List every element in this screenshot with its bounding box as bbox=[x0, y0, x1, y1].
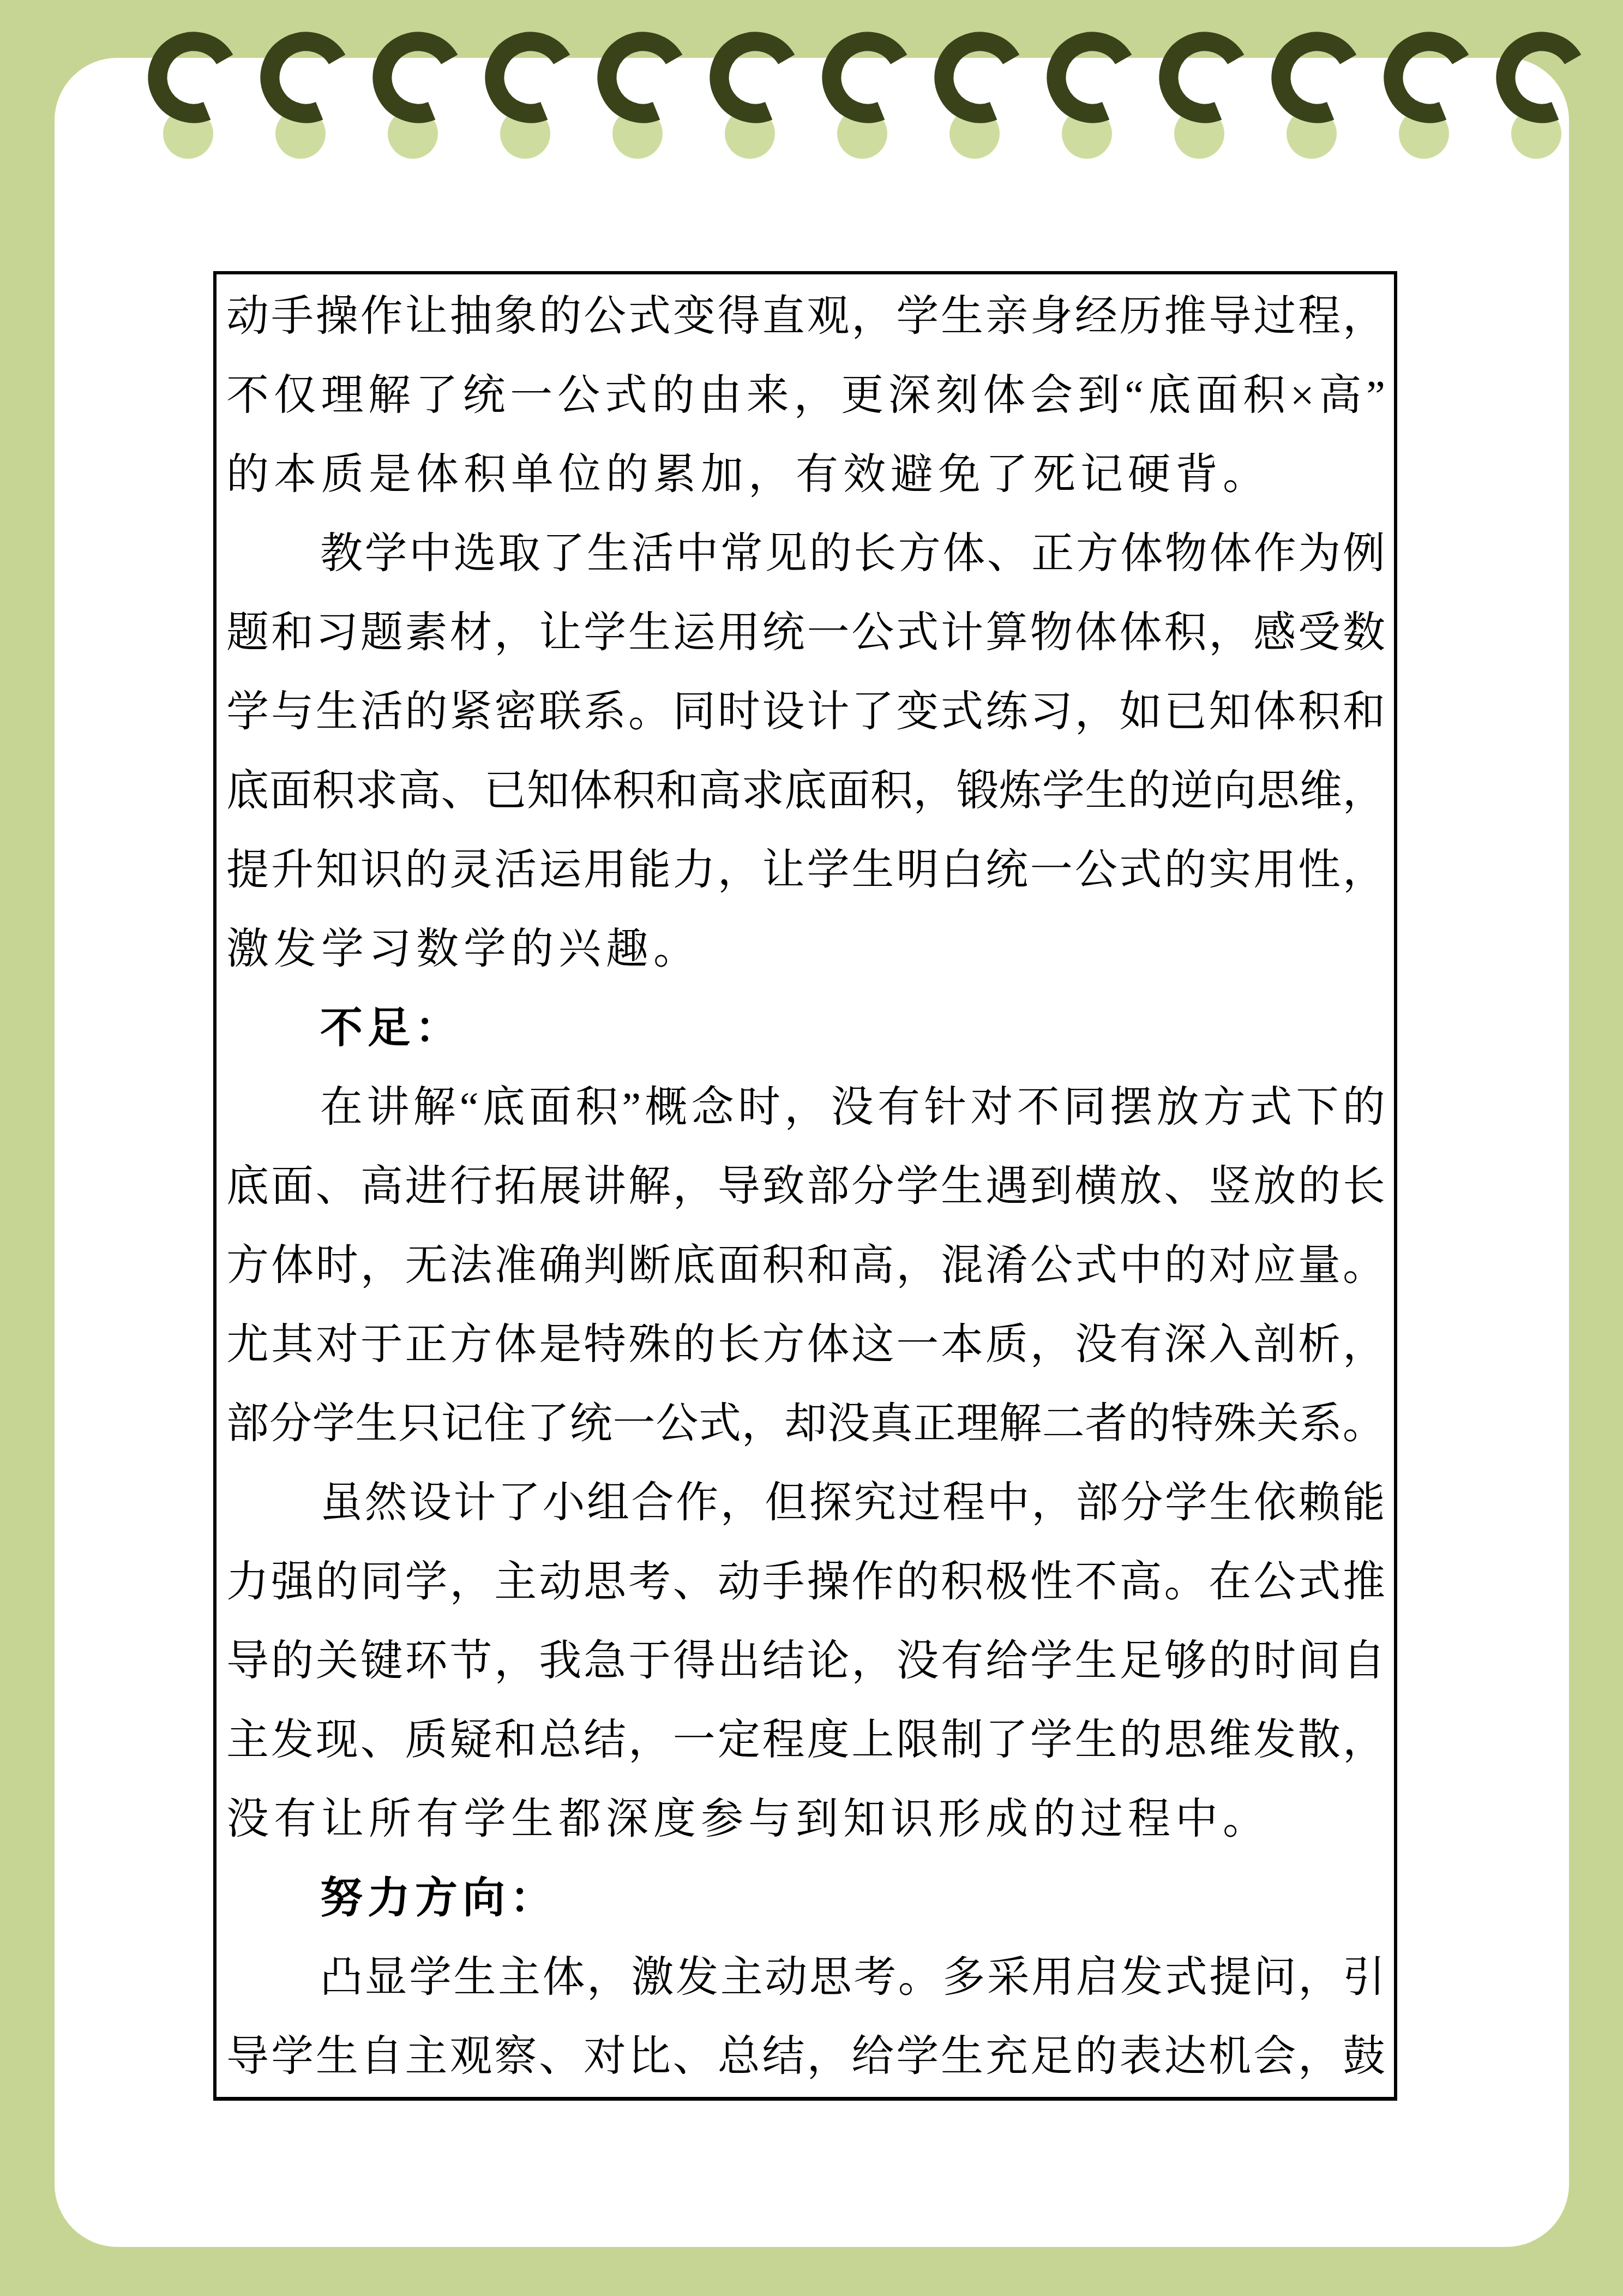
text-char: 的 bbox=[1164, 830, 1206, 909]
text-char: 结 bbox=[762, 2017, 805, 2096]
text-char: 解 bbox=[628, 1147, 671, 1226]
text-char: 正 bbox=[405, 1305, 448, 1384]
text-char: 判 bbox=[584, 1226, 626, 1305]
text-char: 理 bbox=[321, 356, 363, 435]
text-char: 密 bbox=[494, 672, 537, 751]
text-char: 推 bbox=[1164, 277, 1206, 356]
text-char: 底 bbox=[673, 1226, 716, 1305]
text-char: 部 bbox=[1076, 1463, 1119, 1542]
ring-wire bbox=[1393, 41, 1460, 113]
text-char: 摆 bbox=[1110, 1068, 1152, 1147]
ring-wire bbox=[832, 41, 899, 113]
text-char: 、 bbox=[673, 2017, 716, 2096]
text-char: 长 bbox=[718, 1305, 760, 1384]
text-char: 运 bbox=[539, 830, 581, 909]
text-char: 用 bbox=[718, 593, 760, 672]
text-char: 中 bbox=[676, 514, 718, 593]
text-char: ， bbox=[1343, 1700, 1385, 1779]
text-char: 更 bbox=[841, 356, 883, 435]
text-char: 自 bbox=[360, 2017, 403, 2096]
text-char: 材 bbox=[449, 593, 492, 672]
text-char: 的 bbox=[652, 356, 694, 435]
text-char: 现 bbox=[316, 1700, 358, 1779]
ring-wire bbox=[495, 41, 562, 113]
text-char: ， bbox=[1343, 277, 1385, 356]
text-char: 者 bbox=[1085, 1384, 1127, 1463]
text-char: 给 bbox=[851, 2017, 894, 2096]
text-char: 性 bbox=[1030, 1542, 1073, 1621]
text-char: 达 bbox=[1164, 2017, 1206, 2096]
text-char: ， bbox=[1343, 830, 1385, 909]
text-char: 体 bbox=[1075, 593, 1117, 672]
text-char: 感 bbox=[1253, 593, 1296, 672]
text-line: 提升知识的灵活运用能力，让学生明白统一公式的实用性， bbox=[226, 830, 1385, 909]
text-char: 没 bbox=[896, 1621, 939, 1700]
text-char: 体 bbox=[1253, 672, 1296, 751]
text-char: 赖 bbox=[1298, 1463, 1341, 1542]
text-char: 关 bbox=[316, 1621, 358, 1700]
text-char: 入 bbox=[1209, 1305, 1251, 1384]
text-char: 主 bbox=[494, 1542, 537, 1621]
text-char: 殊 bbox=[628, 1305, 671, 1384]
text-char: ， bbox=[494, 593, 537, 672]
text-char: 确 bbox=[539, 1226, 581, 1305]
text-char: 的 bbox=[809, 514, 852, 593]
text-char: 主 bbox=[405, 2017, 448, 2096]
text-char: 明 bbox=[896, 830, 939, 909]
text-char: 到 bbox=[1078, 356, 1120, 435]
text-char: 下 bbox=[1296, 1068, 1338, 1147]
text-char: 知 bbox=[316, 830, 358, 909]
text-char: 生 bbox=[1075, 1700, 1117, 1779]
text-char: 有 bbox=[941, 1621, 983, 1700]
text-char: 式 bbox=[1249, 1068, 1292, 1147]
ring-wire bbox=[270, 41, 337, 113]
text-char: 。 bbox=[628, 672, 671, 751]
text-char: 一 bbox=[807, 593, 849, 672]
text-char: 和 bbox=[494, 1700, 537, 1779]
text-char: 亲 bbox=[985, 277, 1028, 356]
text-char: 限 bbox=[896, 1700, 939, 1779]
text-char: 逆 bbox=[1171, 751, 1213, 830]
text-char: 让 bbox=[405, 277, 448, 356]
text-char: 法 bbox=[449, 1226, 492, 1305]
text-char: 积 bbox=[941, 1542, 983, 1621]
text-char: 的 bbox=[1120, 1700, 1162, 1779]
text-char: 推 bbox=[1343, 1542, 1385, 1621]
text-char: 积 bbox=[612, 751, 655, 830]
text-line: 没有让所有学生都深度参与到知识形成的过程中。 bbox=[226, 1779, 1385, 1859]
text-char: 不 bbox=[1017, 1068, 1060, 1147]
text-char: 设 bbox=[762, 672, 805, 751]
binding-ring-icon bbox=[1043, 28, 1141, 170]
text-char: 没 bbox=[827, 1384, 870, 1463]
text-char: 无 bbox=[405, 1226, 448, 1305]
text-char: 进 bbox=[405, 1147, 448, 1226]
text-char: 同 bbox=[360, 1542, 403, 1621]
text-char: ， bbox=[494, 1621, 537, 1700]
text-char: 求 bbox=[742, 751, 784, 830]
text-char: 作 bbox=[851, 1542, 894, 1621]
text-char: 生 bbox=[628, 593, 671, 672]
text-char: 主 bbox=[720, 1938, 763, 2017]
text-char: 学 bbox=[226, 672, 269, 751]
text-char: 总 bbox=[718, 2017, 760, 2096]
text-char: 直 bbox=[762, 277, 805, 356]
text-char: ” bbox=[1366, 356, 1385, 435]
text-char: 混 bbox=[941, 1226, 983, 1305]
text-char: 方 bbox=[1076, 514, 1119, 593]
text-char: 识 bbox=[360, 830, 403, 909]
text-char: 锻 bbox=[956, 751, 999, 830]
text-line: 激发学习数学的兴趣。 bbox=[226, 909, 1385, 988]
text-char: 维 bbox=[1300, 751, 1342, 830]
text-char: 了 bbox=[543, 514, 585, 593]
text-char: ， bbox=[913, 751, 956, 830]
text-char: 会 bbox=[1030, 356, 1073, 435]
text-char: 积 bbox=[575, 1068, 618, 1147]
text-char: 面 bbox=[529, 1068, 572, 1147]
reflection-text-box: 动手操作让抽象的公式变得直观，学生亲身经历推导过程，不仅理解了统一公式的由来，更… bbox=[213, 271, 1397, 2101]
text-char: 对 bbox=[584, 2017, 626, 2096]
text-char: 殊 bbox=[1214, 1384, 1257, 1463]
text-char: 一 bbox=[612, 1384, 655, 1463]
spiral-binding bbox=[0, 0, 1623, 175]
text-char: 提 bbox=[226, 830, 269, 909]
text-char: 体 bbox=[543, 1938, 585, 2017]
text-char: 比 bbox=[628, 2017, 671, 2096]
text-char: ， bbox=[1209, 593, 1251, 672]
text-char: 底 bbox=[784, 751, 827, 830]
text-char: 学 bbox=[896, 2017, 939, 2096]
text-char: 住 bbox=[484, 1384, 526, 1463]
text-char: 放 bbox=[1253, 1147, 1296, 1226]
binding-ring-icon bbox=[482, 28, 580, 170]
text-char: 活 bbox=[494, 830, 537, 909]
text-char: 白 bbox=[941, 830, 983, 909]
text-char: 到 bbox=[1030, 1147, 1073, 1226]
text-char: 来 bbox=[747, 356, 789, 435]
text-char: 。 bbox=[1164, 1542, 1206, 1621]
text-char: 式 bbox=[1120, 830, 1162, 909]
text-char: 于 bbox=[360, 1305, 403, 1384]
text-char: 念 bbox=[692, 1068, 734, 1147]
text-char: 但 bbox=[765, 1463, 807, 1542]
text-char: 作 bbox=[360, 277, 403, 356]
text-char: 度 bbox=[807, 1700, 849, 1779]
ring-wire bbox=[158, 41, 225, 113]
text-char: 、 bbox=[673, 1542, 716, 1621]
text-char: 环 bbox=[405, 1621, 448, 1700]
text-char: 充 bbox=[985, 2017, 1028, 2096]
text-char: 急 bbox=[584, 1621, 626, 1700]
text-char: 用 bbox=[1031, 1938, 1074, 2017]
text-char: 生 bbox=[851, 830, 894, 909]
text-char: 提 bbox=[1209, 1938, 1252, 2017]
text-char: 组 bbox=[587, 1463, 629, 1542]
text-char: 。 bbox=[1343, 1226, 1385, 1305]
text-char: 究 bbox=[853, 1463, 896, 1542]
text-char: 。 bbox=[1343, 1384, 1385, 1463]
text-char: 显 bbox=[365, 1938, 407, 2017]
text-char: 动 bbox=[539, 1542, 581, 1621]
text-char: 的 bbox=[1128, 1384, 1170, 1463]
text-char: 间 bbox=[1298, 1621, 1341, 1700]
text-char: 的 bbox=[896, 1542, 939, 1621]
text-char: 活 bbox=[360, 672, 403, 751]
text-char: 观 bbox=[807, 277, 849, 356]
text-char: 深 bbox=[1164, 1305, 1206, 1384]
text-char: 生 bbox=[355, 1384, 398, 1463]
text-char: 统 bbox=[463, 356, 506, 435]
text-char: 素 bbox=[405, 593, 448, 672]
text-char: 论 bbox=[807, 1621, 849, 1700]
text-char: 表 bbox=[1120, 2017, 1162, 2096]
text-char: “ bbox=[460, 1068, 479, 1147]
text-char: 引 bbox=[1343, 1938, 1385, 2017]
text-char: 自 bbox=[1343, 1621, 1385, 1700]
text-char: 于 bbox=[628, 1621, 671, 1700]
text-char: 对 bbox=[316, 1305, 358, 1384]
text-char: 的 bbox=[316, 1542, 358, 1621]
text-char: 中 bbox=[409, 514, 452, 593]
text-char: 关 bbox=[1257, 1384, 1299, 1463]
text-char: 统 bbox=[985, 830, 1028, 909]
text-char: 算 bbox=[985, 593, 1028, 672]
text-char: 强 bbox=[271, 1542, 314, 1621]
text-char: 学 bbox=[1030, 1621, 1073, 1700]
text-char: 动 bbox=[226, 277, 269, 356]
text-char: 启 bbox=[1076, 1938, 1119, 2017]
text-char: 了 bbox=[416, 356, 458, 435]
text-char: 在 bbox=[320, 1068, 363, 1147]
text-char: 体 bbox=[1209, 514, 1252, 593]
text-char: 生 bbox=[454, 1938, 496, 2017]
text-char: 发 bbox=[1253, 1700, 1296, 1779]
text-line: 在讲解“底面积”概念时，没有针对不同摆放方式下的 bbox=[226, 1068, 1385, 1147]
text-char: 探 bbox=[809, 1463, 852, 1542]
text-char: 公 bbox=[557, 356, 600, 435]
text-char: 程 bbox=[1298, 277, 1341, 356]
text-char: 竖 bbox=[1209, 1147, 1251, 1226]
text-char: 方 bbox=[898, 514, 941, 593]
text-char: 动 bbox=[718, 1542, 760, 1621]
text-char: 经 bbox=[1075, 277, 1117, 356]
text-char: 由 bbox=[699, 356, 742, 435]
text-char: 积 bbox=[1164, 593, 1206, 672]
text-char: 思 bbox=[1257, 751, 1299, 830]
text-char: 运 bbox=[673, 593, 716, 672]
text-char: 机 bbox=[1209, 2017, 1251, 2096]
text-char: ， bbox=[449, 1542, 492, 1621]
text-char: 学 bbox=[584, 593, 626, 672]
text-char: 常 bbox=[720, 514, 763, 593]
ring-wire bbox=[1281, 41, 1348, 113]
text-char: 与 bbox=[271, 672, 314, 751]
text-char: 概 bbox=[645, 1068, 687, 1147]
text-char: 理 bbox=[956, 1384, 999, 1463]
text-char: ， bbox=[807, 2017, 849, 2096]
text-char: 一 bbox=[510, 356, 552, 435]
text-char: 特 bbox=[584, 1305, 626, 1384]
text-char: 发 bbox=[271, 1700, 314, 1779]
text-line: 不仅理解了统一公式的由来，更深刻体会到“底面积×高” bbox=[226, 356, 1385, 435]
text-char: 生 bbox=[941, 277, 983, 356]
text-char: ， bbox=[896, 1226, 939, 1305]
binding-ring-icon bbox=[594, 28, 692, 170]
text-char: 已 bbox=[484, 751, 526, 830]
text-char: 体 bbox=[983, 356, 1025, 435]
text-char: 时 bbox=[316, 1226, 358, 1305]
text-char: 正 bbox=[913, 1384, 956, 1463]
text-char: 例 bbox=[1343, 514, 1385, 593]
text-char: 是 bbox=[539, 1305, 581, 1384]
text-char: 式 bbox=[896, 593, 939, 672]
text-char: 的 bbox=[673, 1305, 716, 1384]
text-char: 紧 bbox=[449, 672, 492, 751]
text-char: 思 bbox=[1164, 1700, 1206, 1779]
text-char: 节 bbox=[449, 1621, 492, 1700]
text-char: 解 bbox=[999, 1384, 1042, 1463]
text-char: 学 bbox=[409, 1938, 452, 2017]
text-char: 思 bbox=[809, 1938, 852, 2017]
text-char: 的 bbox=[1128, 751, 1170, 830]
text-char: 析 bbox=[1298, 1305, 1341, 1384]
text-char: 长 bbox=[853, 514, 896, 593]
text-char: 让 bbox=[762, 830, 805, 909]
text-char: 题 bbox=[360, 593, 403, 672]
text-line: 主发现、质疑和总结，一定程度上限制了学生的思维发散， bbox=[226, 1700, 1385, 1779]
text-char: 给 bbox=[985, 1621, 1028, 1700]
text-char: 学 bbox=[405, 1542, 448, 1621]
text-char: 高 bbox=[1319, 356, 1361, 435]
text-char: ” bbox=[622, 1068, 641, 1147]
text-char: 解 bbox=[413, 1068, 456, 1147]
text-char: 刻 bbox=[936, 356, 978, 435]
text-char: 其 bbox=[271, 1305, 314, 1384]
text-char: 了 bbox=[985, 1700, 1028, 1779]
text-char: 知 bbox=[1209, 672, 1251, 751]
text-char: 键 bbox=[360, 1621, 403, 1700]
text-line: 凸显学生主体，激发主动思考。多采用启发式提问，引 bbox=[226, 1938, 1385, 2017]
text-char: 能 bbox=[628, 830, 671, 909]
text-char: 不 bbox=[226, 356, 269, 435]
text-char: 让 bbox=[539, 593, 581, 672]
text-char: 特 bbox=[1171, 1384, 1213, 1463]
text-char: 的 bbox=[1075, 2017, 1117, 2096]
ring-wire bbox=[1169, 41, 1236, 113]
text-char: 联 bbox=[539, 672, 581, 751]
text-char: 设 bbox=[409, 1463, 452, 1542]
text-char: 发 bbox=[676, 1938, 718, 2017]
text-char: 和 bbox=[1343, 672, 1385, 751]
text-line: 底面积求高、已知体积和高求底面积，锻炼学生的逆向思维， bbox=[226, 751, 1385, 830]
text-char: 过 bbox=[1253, 277, 1296, 356]
text-char: 学 bbox=[807, 830, 849, 909]
binding-ring-icon bbox=[1268, 28, 1366, 170]
text-char: 和 bbox=[271, 593, 314, 672]
text-char: 面 bbox=[718, 1226, 760, 1305]
text-char: 作 bbox=[676, 1463, 718, 1542]
text-char: 横 bbox=[1075, 1147, 1117, 1226]
binding-ring-icon bbox=[257, 28, 355, 170]
text-char: 断 bbox=[628, 1226, 671, 1305]
text-char: 的 bbox=[1209, 1621, 1251, 1700]
text-char: 底 bbox=[226, 751, 269, 830]
text-char: 能 bbox=[1343, 1463, 1385, 1542]
text-char: 在 bbox=[1209, 1542, 1251, 1621]
text-char: 作 bbox=[1254, 514, 1296, 593]
text-char: 统 bbox=[570, 1384, 612, 1463]
text-char: 部 bbox=[807, 1147, 849, 1226]
text-char: 生 bbox=[941, 2017, 983, 2096]
text-char: 主 bbox=[498, 1938, 540, 2017]
text-char: ， bbox=[673, 1147, 716, 1226]
text-char: 积 bbox=[762, 1226, 805, 1305]
text-char: 式 bbox=[1298, 1542, 1341, 1621]
text-line: 虽然设计了小组合作，但探究过程中，部分学生依赖能 bbox=[226, 1463, 1385, 1542]
text-char: 导 bbox=[226, 1621, 269, 1700]
text-char: 我 bbox=[539, 1621, 581, 1700]
text-char: 的 bbox=[405, 830, 448, 909]
text-char: 时 bbox=[718, 672, 760, 751]
text-char: 生 bbox=[1085, 751, 1127, 830]
text-char: 面 bbox=[271, 1147, 314, 1226]
text-line: 方体时，无法准确判断底面积和高，混淆公式中的对应量。 bbox=[226, 1226, 1385, 1305]
text-char: 得 bbox=[718, 277, 760, 356]
text-char: 展 bbox=[539, 1147, 581, 1226]
text-char: 面 bbox=[827, 751, 870, 830]
text-char: 维 bbox=[1209, 1700, 1251, 1779]
text-char: 体 bbox=[570, 751, 612, 830]
text-char: 手 bbox=[271, 277, 314, 356]
text-char: ， bbox=[1343, 1305, 1385, 1384]
text-char: 操 bbox=[316, 277, 358, 356]
text-char: 这 bbox=[851, 1305, 894, 1384]
text-char: 生 bbox=[1209, 1463, 1252, 1542]
text-char: “ bbox=[1125, 356, 1144, 435]
text-char: 生 bbox=[316, 672, 358, 751]
text-char: 式 bbox=[605, 356, 647, 435]
text-char: 生 bbox=[1075, 1621, 1117, 1700]
text-char: 凸 bbox=[320, 1938, 363, 2017]
text-char: 式 bbox=[941, 672, 983, 751]
binding-ring-icon bbox=[1156, 28, 1254, 170]
text-char: 的 bbox=[1343, 1068, 1385, 1147]
text-char: 体 bbox=[494, 1305, 537, 1384]
text-char: 有 bbox=[877, 1068, 920, 1147]
text-char: 定 bbox=[718, 1700, 760, 1779]
notebook-background: 动手操作让抽象的公式变得直观，学生亲身经历推导过程，不仅理解了统一公式的由来，更… bbox=[0, 0, 1623, 2296]
text-char: 升 bbox=[271, 830, 314, 909]
text-char: 部 bbox=[226, 1384, 269, 1463]
text-char: 行 bbox=[449, 1147, 492, 1226]
section-heading: 努力方向： bbox=[226, 1859, 1385, 1938]
text-line: 的本质是体积单位的累加，有效避免了死记硬背。 bbox=[226, 435, 1385, 514]
text-char: 深 bbox=[888, 356, 931, 435]
text-char: ， bbox=[1298, 1938, 1341, 2017]
text-char: 剖 bbox=[1253, 1305, 1296, 1384]
text-char: 用 bbox=[1253, 830, 1296, 909]
ring-wire bbox=[1056, 41, 1123, 113]
text-char: 学 bbox=[1042, 751, 1085, 830]
text-char: 的 bbox=[271, 1621, 314, 1700]
text-char: 不 bbox=[1075, 1542, 1117, 1621]
text-char: 习 bbox=[316, 593, 358, 672]
text-char: 致 bbox=[762, 1147, 805, 1226]
text-char: 没 bbox=[831, 1068, 874, 1147]
text-char: 身 bbox=[1030, 277, 1073, 356]
